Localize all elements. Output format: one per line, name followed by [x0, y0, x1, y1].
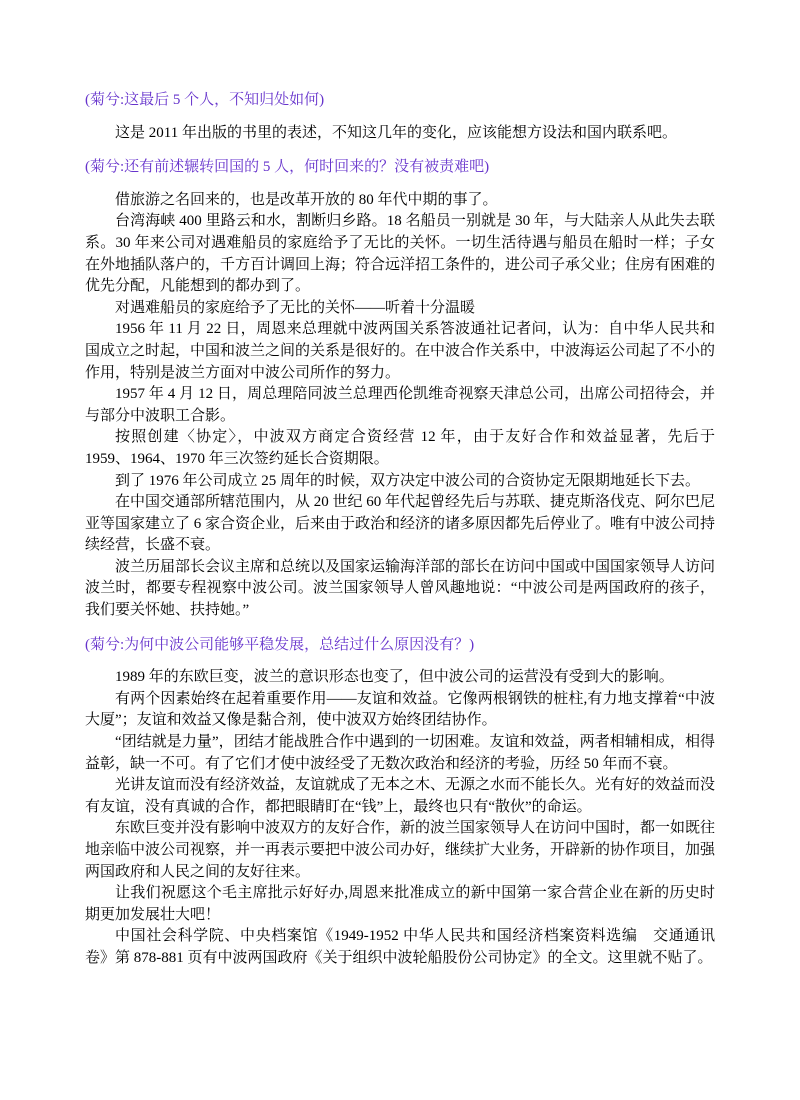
body-paragraph: 对遇难船员的家庭给予了无比的关怀——听着十分温暖	[85, 298, 715, 320]
body-paragraph: 1956 年 11 月 22 日，周恩来总理就中波两国关系答波通社记者问，认为：…	[85, 319, 715, 384]
document-page: (菊兮:这最后 5 个人，不知归处如何) 这是 2011 年出版的书里的表述，不…	[0, 0, 800, 1100]
body-paragraph: 波兰历届部长会议主席和总统以及国家运输海洋部的部长在访问中国或中国国家领导人访问…	[85, 557, 715, 622]
body-paragraph: 这是 2011 年出版的书里的表述，不知这几年的变化，应该能想方设法和国内联系吧…	[85, 123, 715, 145]
body-paragraph: “团结就是力量”，团结才能战胜合作中遇到的一切困难。友谊和效益，两者相辅相成，相…	[85, 732, 715, 775]
body-paragraph: 有两个因素始终在起着重要作用——友谊和效益。它像两根钢铁的桩柱,有力地支撑着“中…	[85, 689, 715, 732]
body-paragraph: 借旅游之名回来的，也是改革开放的 80 年代中期的事了。	[85, 190, 715, 212]
body-paragraph: 1957 年 4 月 12 日，周总理陪同波兰总理西伦凯维奇视察天津总公司，出席…	[85, 384, 715, 427]
reader-annotation: (菊兮:为何中波公司能够平稳发展，总结过什么原因没有？)	[85, 635, 715, 657]
body-paragraph: 台湾海峡 400 里路云和水，割断归乡路。18 名船员一别就是 30 年，与大陆…	[85, 211, 715, 297]
body-paragraph: 按照创建〈协定〉，中波双方商定合资经营 12 年，由于友好合作和效益显著，先后于…	[85, 427, 715, 470]
body-paragraph: 1989 年的东欧巨变，波兰的意识形态也变了，但中波公司的运营没有受到大的影响。	[85, 667, 715, 689]
body-paragraph: 光讲友谊而没有经济效益，友谊就成了无本之木、无源之水而不能长久。光有好的效益而没…	[85, 775, 715, 818]
reader-annotation: (菊兮:还有前述辗转回国的 5 人，何时回来的？没有被责难吧)	[85, 157, 715, 179]
body-paragraph: 让我们祝愿这个毛主席批示好好办,周恩来批准成立的新中国第一家合营企业在新的历史时…	[85, 883, 715, 926]
body-paragraph: 中国社会科学院、中央档案馆《1949-1952 中华人民共和国经济档案资料选编 …	[85, 926, 715, 969]
body-paragraph: 在中国交通部所辖范围内，从 20 世纪 60 年代起曾经先后与苏联、捷克斯洛伐克…	[85, 492, 715, 557]
reader-annotation: (菊兮:这最后 5 个人，不知归处如何)	[85, 90, 715, 112]
document-content: (菊兮:这最后 5 个人，不知归处如何) 这是 2011 年出版的书里的表述，不…	[85, 90, 715, 970]
body-paragraph: 东欧巨变并没有影响中波双方的友好合作，新的波兰国家领导人在访问中国时，都一如既往…	[85, 818, 715, 883]
body-paragraph: 到了 1976 年公司成立 25 周年的时候，双方决定中波公司的合资协定无限期地…	[85, 471, 715, 493]
